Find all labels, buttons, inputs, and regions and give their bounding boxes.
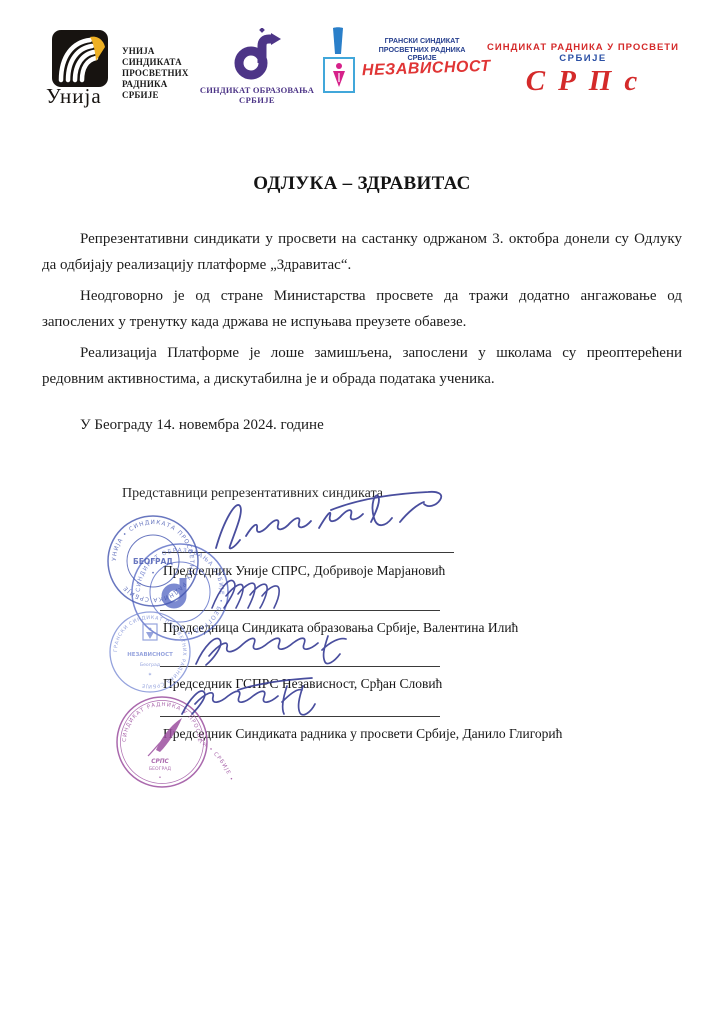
dateline: У Београду 14. новембра 2024. године <box>42 417 682 434</box>
stamp-unija-sprs: УНИЈА • СИНДИКАТА ПРОСВЕТНИХ РАДНИКА СРБ… <box>108 516 198 606</box>
svg-text:СИНДИКАТ РАДНИКА У ПРОСВЕТИ •: СИНДИКАТ РАДНИКА У ПРОСВЕТИ • СРБИЈЕ • <box>122 702 234 783</box>
signatory-label: Председница Синдиката образовања Србије,… <box>163 620 518 636</box>
signature-line <box>160 666 440 667</box>
stamp-dot: • <box>151 570 155 577</box>
stamp-center-label: СРПС <box>151 759 169 765</box>
signature-line <box>162 552 454 553</box>
unija-org-line: УНИЈА <box>122 46 189 57</box>
srps-org-line: СРБИЈЕ <box>484 53 682 64</box>
signatory-label: Председник Синдиката радника у просвети … <box>163 726 562 742</box>
unija-book-icon <box>52 30 108 88</box>
obrazovanje-org-line: СРБИЈЕ <box>196 95 318 105</box>
signatures-heading: Представници репрезентативних синдиката <box>122 486 383 502</box>
paragraph: Реализација Платформе је лоше замишљена,… <box>42 340 682 392</box>
stamps-and-signatures-overlay: СИНДИКАТ ОБРАЗОВАЊА СРБИЈЕ • БЕОГРАД • У… <box>88 488 468 808</box>
obrazovanje-org-line: СИНДИКАТ ОБРАЗОВАЊА <box>196 85 318 95</box>
unija-wordmark: Унија <box>46 84 102 109</box>
unija-org-line: РАДНИКА <box>122 79 189 90</box>
stamp-ring-label: УНИЈА • СИНДИКАТА ПРОСВЕТНИХ РАДНИКА СРБ… <box>112 520 194 602</box>
unija-org-line: СРБИЈЕ <box>122 90 189 101</box>
stamp-dot: • <box>159 775 162 781</box>
paragraph: Репрезентативни синдикати у просвети на … <box>42 226 682 278</box>
document-body: Репрезентативни синдикати у просвети на … <box>42 226 682 397</box>
unija-org-line: ПРОСВЕТНИХ <box>122 68 189 79</box>
document-title: ОДЛУКА – ЗДРАВИТАС <box>0 173 724 195</box>
signatory-label: Председник Уније СПРС, Добривоје Марјано… <box>163 563 445 579</box>
logo-srps: СИНДИКАТ РАДНИКА У ПРОСВЕТИ СРБИЈЕ СРПс <box>484 42 682 98</box>
srps-brand: СРПс <box>484 65 682 98</box>
logo-unija: Унија УНИЈА СИНДИКАТА ПРОСВЕТНИХ РАДНИКА… <box>50 28 200 120</box>
signature-line <box>160 716 440 717</box>
paragraph: Неодговорно је од стране Министарства пр… <box>42 283 682 335</box>
pencil-swirl-icon <box>231 28 283 82</box>
unija-org-name: УНИЈА СИНДИКАТА ПРОСВЕТНИХ РАДНИКА СРБИЈ… <box>122 46 189 101</box>
logo-sindikat-obrazovanja: СИНДИКАТ ОБРАЗОВАЊА СРБИЈЕ <box>196 28 318 105</box>
stamp-sub-label: Београд <box>140 662 160 668</box>
exclamation-pen-icon <box>322 26 366 96</box>
stamp-srps: СИНДИКАТ РАДНИКА У ПРОСВЕТИ • СРБИЈЕ • С… <box>117 697 234 787</box>
stamp-star: ✶ <box>148 672 152 678</box>
signature-line <box>160 610 440 611</box>
signature-slovic <box>196 636 346 665</box>
stamp-center-label: НЕЗАВИСНОСТ <box>127 652 173 658</box>
logo-nezavisnost: ГРАНСКИ СИНДИКАТ ПРОСВЕТНИХ РАДНИКА СРБИ… <box>322 26 478 96</box>
unija-org-line: СИНДИКАТА <box>122 57 189 68</box>
scanned-document-page: Унија УНИЈА СИНДИКАТА ПРОСВЕТНИХ РАДНИКА… <box>0 0 724 1024</box>
signature-ilic <box>212 580 279 608</box>
signatory-label: Председник ГСПРС Независност, Срђан Слов… <box>163 676 442 692</box>
svg-text:УНИЈА • СИНДИКАТА ПРОСВЕТНИХ Р: УНИЈА • СИНДИКАТА ПРОСВЕТНИХ РАДНИКА СРБ… <box>112 520 194 602</box>
srps-org-line: СИНДИКАТ РАДНИКА У ПРОСВЕТИ <box>484 42 682 53</box>
nezavisnost-brand: НЕЗАВИСНОСТ <box>362 58 491 80</box>
stamp-sub-label: БЕОГРАД <box>149 766 171 772</box>
stamp-ring-label: СИНДИКАТ РАДНИКА У ПРОСВЕТИ • СРБИЈЕ • <box>122 702 234 783</box>
